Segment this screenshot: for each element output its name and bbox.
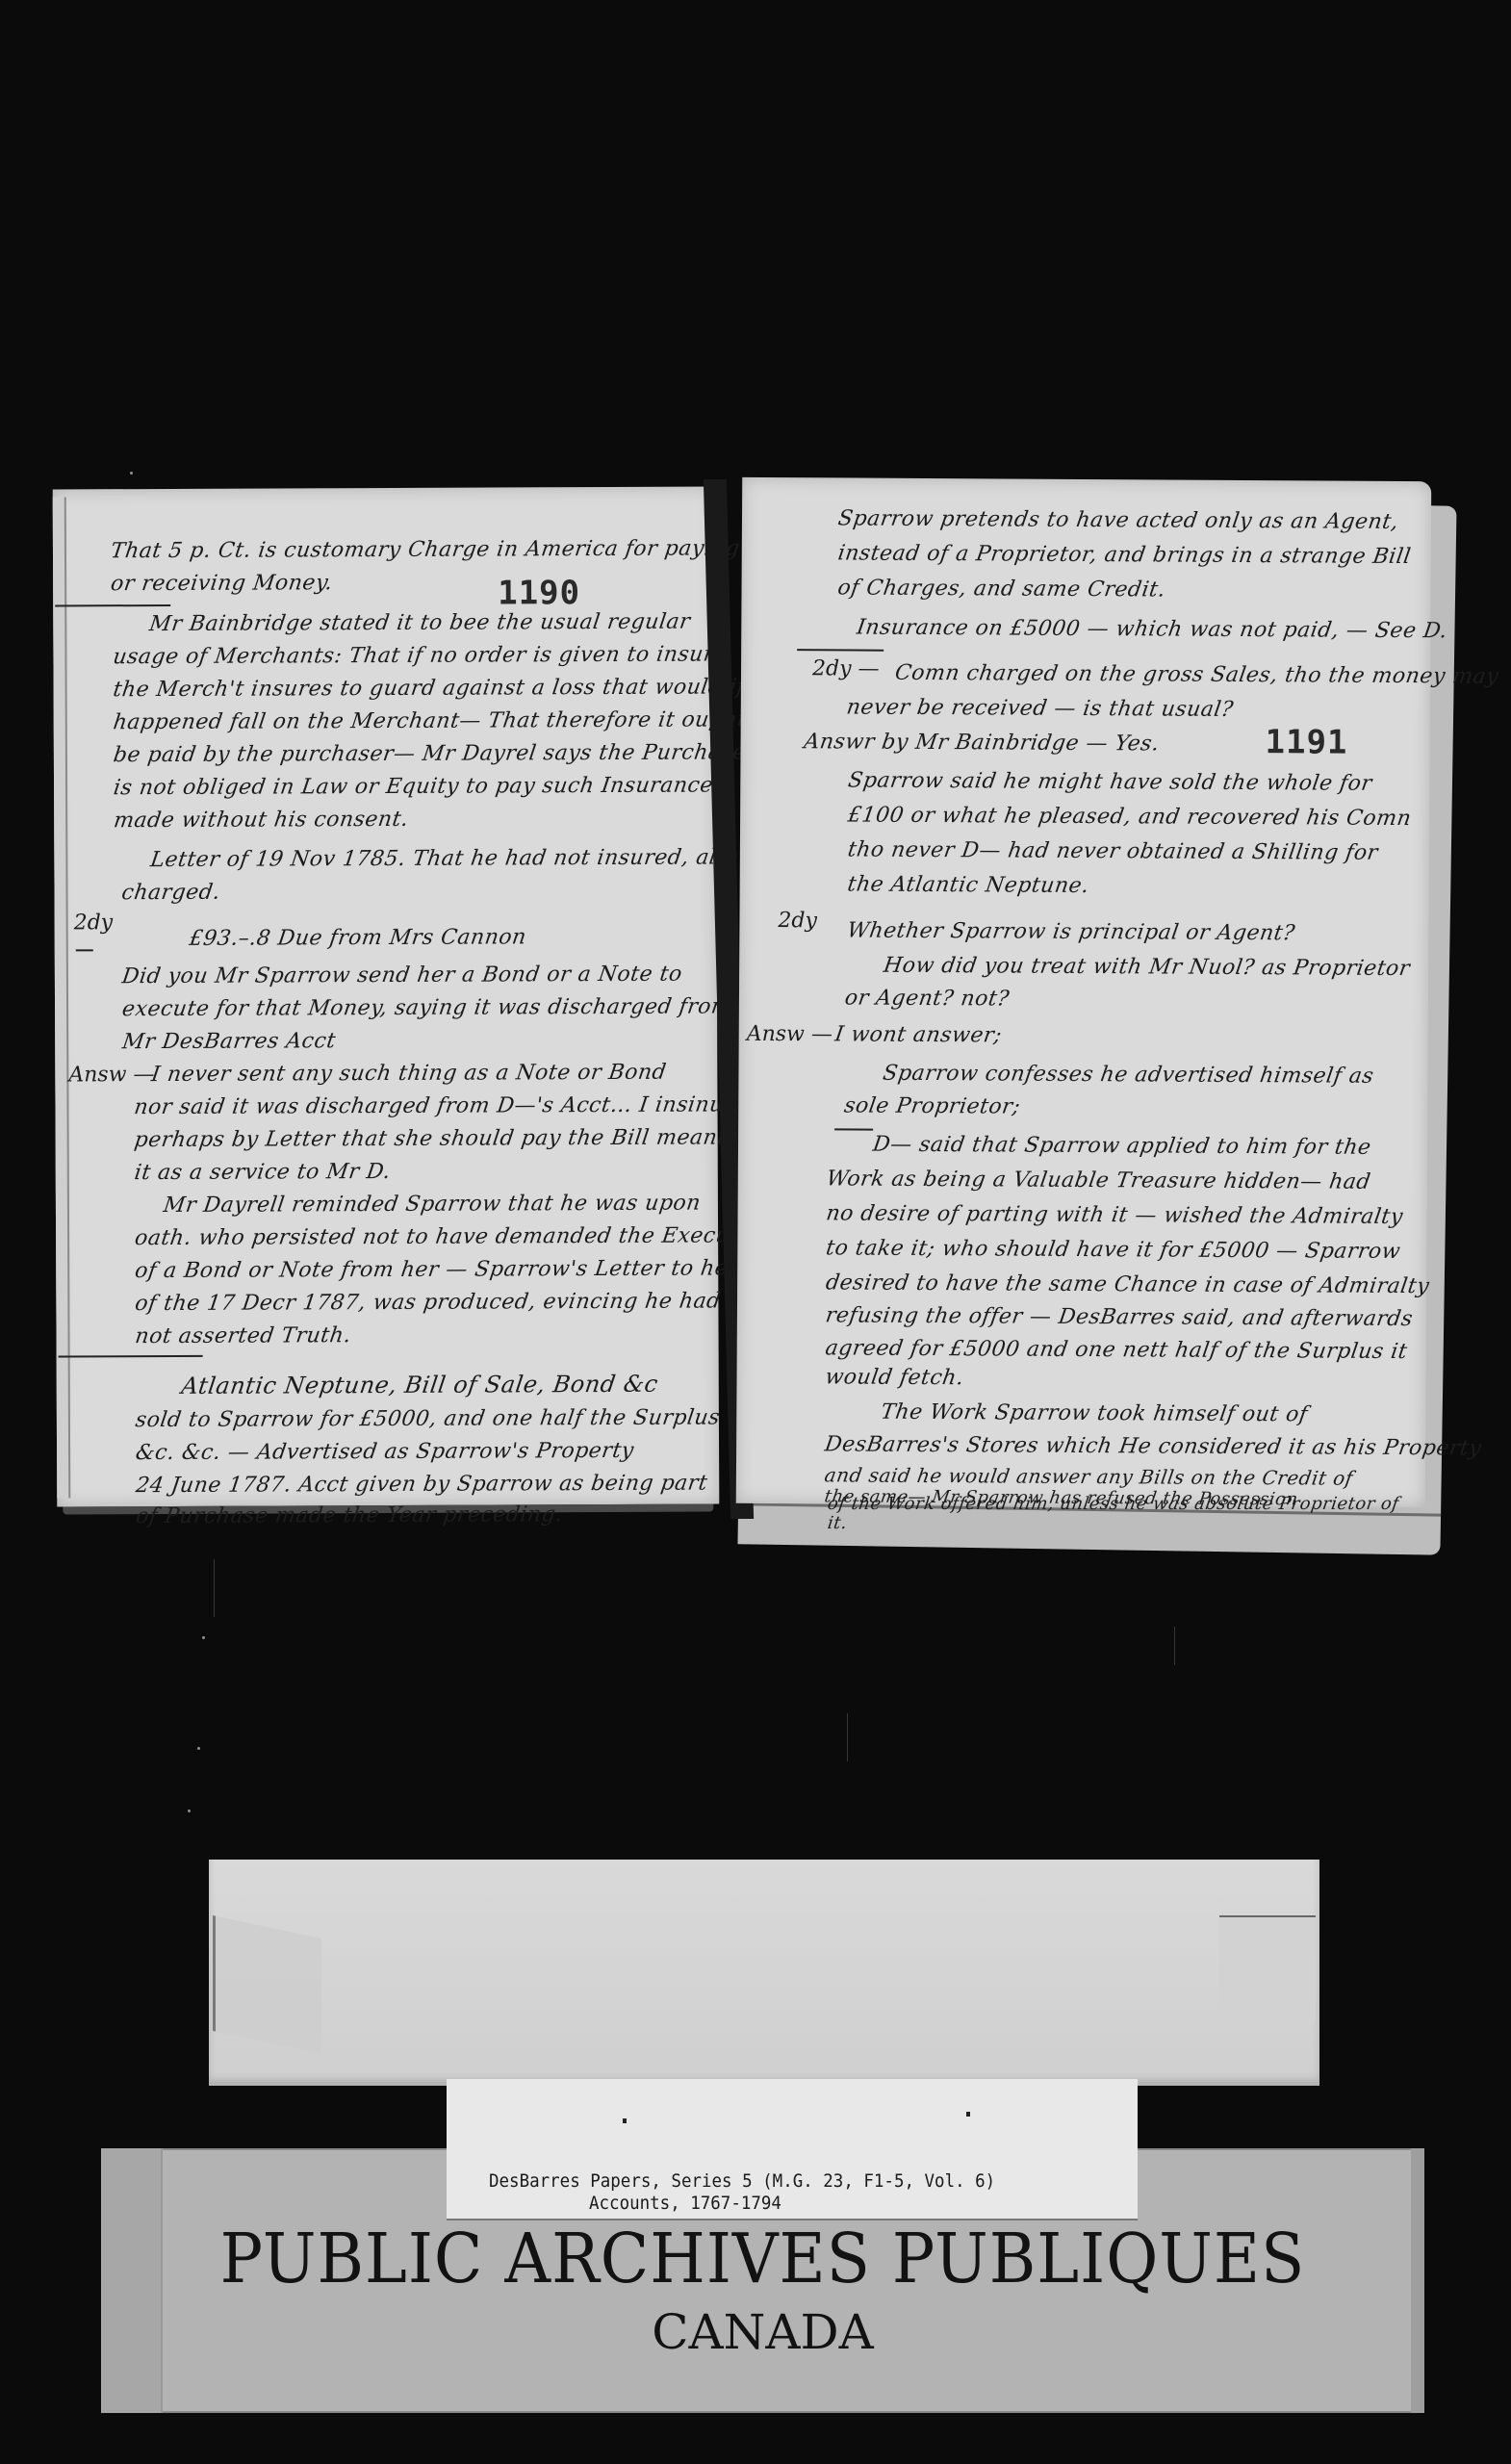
banner-country: CANADA: [101, 2304, 1424, 2360]
text-line: not asserted Truth.: [134, 1323, 353, 1348]
text-line: it as a service to Mr D.: [133, 1160, 392, 1185]
text-line: Atlantic Neptune, Bill of Sale, Bond &c: [180, 1371, 660, 1399]
text-line: Insurance on £5000 — which was not paid,…: [855, 616, 1448, 644]
text-line: sole Proprietor;: [842, 1093, 1021, 1118]
text-line: sold to Sparrow for £5000, and one half …: [134, 1405, 721, 1432]
text-line: DesBarres's Stores which He considered i…: [823, 1432, 1483, 1460]
text-line: &c. &c. — Advertised as Sparrow's Proper…: [134, 1439, 635, 1465]
text-line: 24 June 1787. Acct given by Sparrow as b…: [135, 1472, 709, 1499]
text-line: or receiving Money.: [109, 571, 334, 596]
text-line: Did you Mr Sparrow send her a Bond or a …: [120, 962, 683, 989]
right-page-text: Sparrow pretends to have acted only as a…: [736, 477, 1431, 1507]
film-scratch: [214, 1559, 215, 1617]
text-line: and said he would answer any Bills on th…: [823, 1463, 1354, 1489]
text-line: Mr Dayrell reminded Sparrow that he was …: [162, 1192, 702, 1218]
text-line: would fetch.: [824, 1365, 966, 1390]
text-line: desired to have the same Chance in case …: [824, 1270, 1431, 1298]
slip-fold-left: [213, 1915, 321, 2054]
text-line: That 5 p. Ct. is customary Charge in Ame…: [109, 536, 741, 563]
text-line: of Charges, and same Credit.: [836, 576, 1167, 602]
margin-note-answer: Answ —: [68, 1063, 154, 1087]
collection-label: DesBarres Papers, Series 5 (M.G. 23, F1-…: [447, 2079, 1138, 2219]
right-page: Sparrow pretends to have acted only as a…: [736, 477, 1431, 1507]
text-line: Mr Bainbridge stated it to bee the usual…: [148, 610, 692, 636]
film-scratch: [1174, 1627, 1175, 1665]
margin-dash: [76, 949, 93, 951]
text-line: happened fall on the Merchant— That ther…: [112, 707, 778, 734]
section-rule: [55, 604, 170, 607]
slip-fold-right: [1219, 1915, 1316, 2023]
text-line: nor said it was discharged from D—'s Acc…: [133, 1092, 775, 1119]
film-speck: [202, 1636, 205, 1639]
text-line: agreed for £5000 and one nett half of th…: [824, 1336, 1409, 1364]
margin-note-query: 2dy: [74, 911, 114, 935]
text-line: £93.–.8 Due from Mrs Cannon: [188, 925, 527, 951]
text-line: Answr by Mr Bainbridge — Yes.: [803, 730, 1162, 756]
text-line: it.: [827, 1513, 849, 1533]
left-page-text: That 5 p. Ct. is customary Charge in Ame…: [53, 487, 720, 1507]
text-line: How did you treat with Mr Nuol? as Propr…: [882, 954, 1411, 981]
text-line: be paid by the purchaser— Mr Dayrel says…: [112, 740, 757, 767]
film-speck: [130, 472, 133, 475]
text-line: Whether Sparrow is principal or Agent?: [846, 919, 1297, 946]
text-line: no desire of parting with it — wished th…: [825, 1201, 1405, 1229]
text-line: D— said that Sparrow applied to him for …: [871, 1133, 1372, 1160]
section-rule: [834, 1128, 873, 1130]
text-line: never be received — is that usual?: [845, 696, 1235, 722]
film-scratch: [847, 1713, 848, 1761]
text-line: Comn charged on the gross Sales, tho the…: [893, 661, 1500, 689]
text-line: of the Work offered him, unless he was a…: [827, 1494, 1401, 1514]
text-line: refusing the offer — DesBarres said, and…: [824, 1303, 1415, 1331]
margin-note-query: 2dy: [778, 909, 817, 933]
text-line: oath. who persisted not to have demanded…: [133, 1223, 775, 1250]
film-speck: [197, 1747, 200, 1750]
text-line: made without his consent.: [112, 808, 410, 833]
collection-subtitle: Accounts, 1767-1794: [589, 2193, 781, 2214]
left-page: That 5 p. Ct. is customary Charge in Ame…: [53, 487, 720, 1507]
text-line: The Work Sparrow took himself out of: [879, 1400, 1309, 1427]
text-line: execute for that Money, saying it was di…: [120, 994, 733, 1021]
text-line: usage of Merchants: That if no order is …: [112, 642, 729, 669]
text-line: or Agent? not?: [843, 986, 1011, 1011]
page-number-stamp: 1191: [1265, 723, 1347, 762]
text-line: is not obliged in Law or Equity to pay s…: [112, 774, 714, 801]
text-line: £100 or what he pleased, and recovered h…: [846, 804, 1413, 832]
text-line: I never sent any such thing as a Note or…: [150, 1061, 668, 1087]
banner-title: PUBLIC ARCHIVES PUBLIQUES: [101, 2219, 1424, 2298]
text-line: instead of a Proprietor, and brings in a…: [836, 541, 1413, 569]
text-line: perhaps by Letter that she should pay th…: [133, 1125, 755, 1152]
text-line: the Atlantic Neptune.: [846, 873, 1091, 899]
text-line: I wont answer;: [833, 1022, 1004, 1047]
text-line: Sparrow said he might have sold the whol…: [847, 769, 1374, 796]
text-line: to take it; who should have it for £5000…: [825, 1236, 1402, 1264]
text-line: of a Bond or Note from her — Sparrow's L…: [134, 1256, 740, 1283]
margin-note-query: 2dy —: [812, 656, 880, 680]
text-line: Mr DesBarres Acct: [121, 1029, 338, 1054]
page-number-stamp: 1190: [498, 574, 580, 612]
text-line: of the 17 Decr 1787, was produced, evinc…: [134, 1289, 723, 1316]
margin-note-answer: Answ —: [747, 1022, 832, 1047]
text-line: Sparrow pretends to have acted only as a…: [836, 506, 1400, 534]
film-speck: [188, 1809, 191, 1812]
text-line: Sparrow confesses he advertised himself …: [882, 1062, 1375, 1089]
text-line: Work as being a Valuable Treasure hidden…: [825, 1167, 1372, 1193]
text-line: of Purchase made the Year preceding.: [135, 1502, 565, 1528]
text-line: charged.: [120, 881, 222, 905]
archive-slip: [209, 1860, 1319, 2086]
text-line: the Merch't insures to guard against a l…: [112, 675, 770, 702]
section-rule: [59, 1355, 203, 1358]
text-line: Letter of 19 Nov 1785. That he had not i…: [149, 845, 755, 872]
collection-title: DesBarres Papers, Series 5 (M.G. 23, F1-…: [489, 2170, 995, 2192]
text-line: tho never D— had never obtained a Shilli…: [846, 838, 1379, 865]
section-rule: [797, 649, 884, 652]
